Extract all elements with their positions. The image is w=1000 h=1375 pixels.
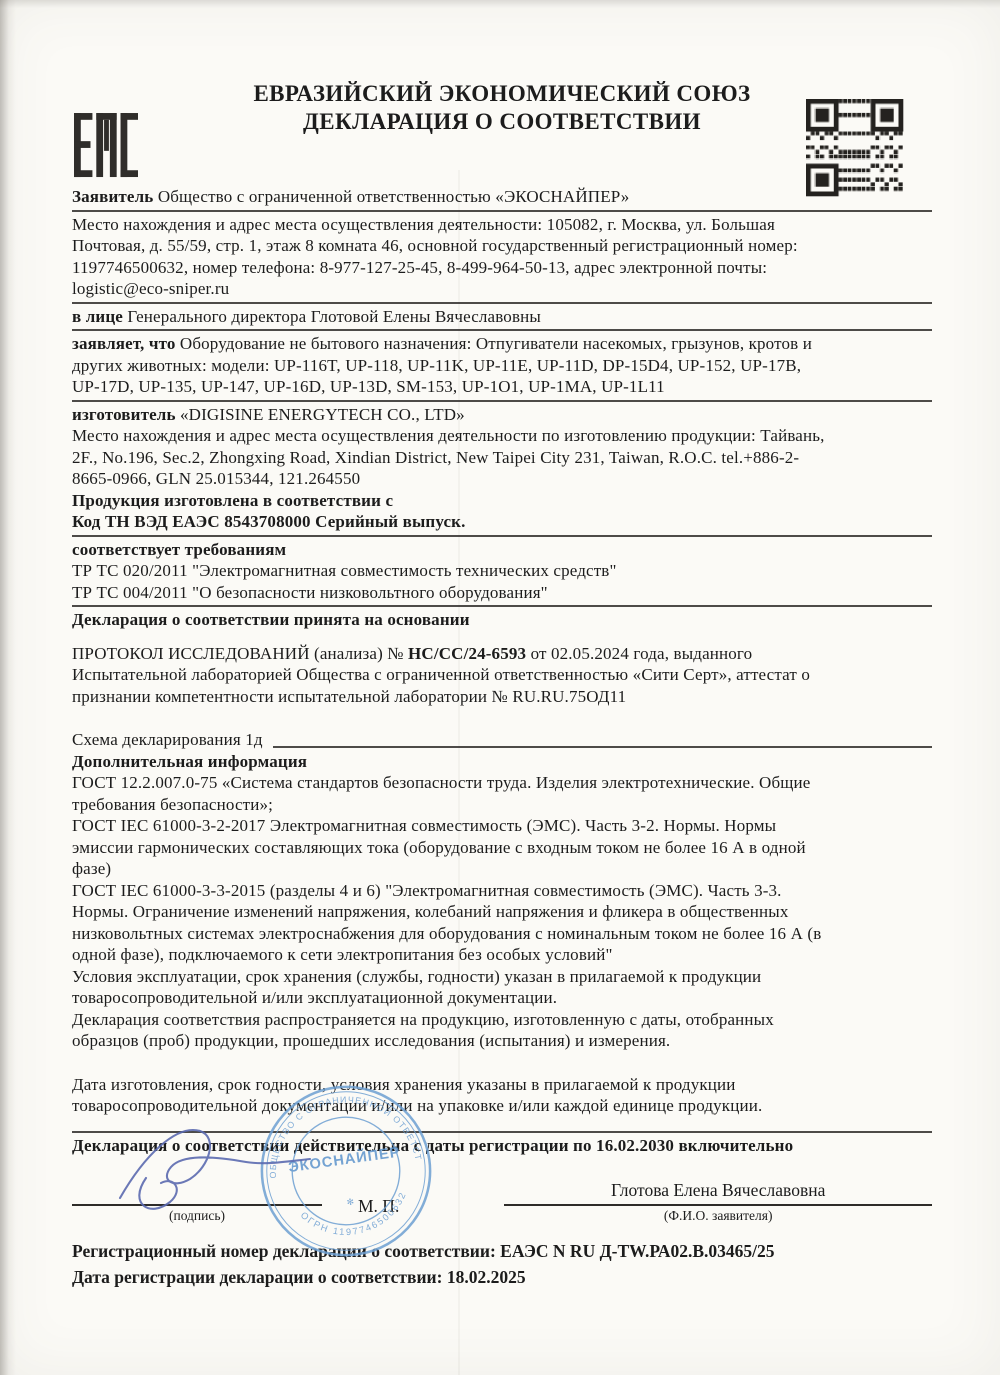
- additional-info-line: товаросопроводительной и/или эксплуатаци…: [72, 987, 932, 1009]
- declaration-scheme: Схема декларирования 1д: [72, 729, 263, 751]
- scan-edge-shadow: [0, 0, 16, 1375]
- made-in-accordance-heading: Продукция изготовлена в соответствии с: [72, 490, 932, 512]
- rule: [72, 302, 932, 304]
- rule: [72, 605, 932, 607]
- tnved-code-line: Код ТН ВЭД ЕАЭС 8543708000 Серийный выпу…: [72, 511, 932, 533]
- declares-line: других животных: модели: UP-116T, UP-118…: [72, 355, 932, 377]
- in-person-label: в лице: [72, 307, 123, 326]
- additional-info-line: ГОСТ 12.2.007.0-75 «Система стандартов б…: [72, 772, 932, 794]
- additional-info-line: Нормы. Ограничение изменений напряжения,…: [72, 901, 932, 923]
- registration-date-line: Дата регистрации декларации о соответств…: [72, 1264, 932, 1290]
- applicant-address-line: logistic@eco-sniper.ru: [72, 278, 932, 300]
- union-title: ЕВРАЗИЙСКИЙ ЭКОНОМИЧЕСКИЙ СОЮЗ: [72, 80, 932, 108]
- applicant-label: Заявитель: [72, 187, 153, 206]
- additional-info-heading: Дополнительная информация: [72, 751, 932, 773]
- document-title: ДЕКЛАРАЦИЯ О СООТВЕТСТВИИ: [72, 108, 932, 136]
- registration-number-line: Регистрационный номер декларации о соотв…: [72, 1238, 932, 1264]
- manufacture-note-line: товаросопроводительной документации и/ил…: [72, 1095, 932, 1117]
- applicant-name-area: Глотова Елена Вячеславовна (Ф.И.О. заяви…: [504, 1168, 932, 1224]
- protocol-suffix: от 02.05.2024 года, выданного: [526, 644, 752, 663]
- signature-caption: (подпись): [72, 1206, 322, 1224]
- manufacturer-address-line: 2F., No.196, Sec.2, Zhongxing Road, Xind…: [72, 447, 932, 469]
- rule: [72, 400, 932, 402]
- product-models-line: UP-17D, UP-135, UP-147, UP-16D, UP-13D, …: [72, 376, 932, 398]
- declares-text: Оборудование не бытового назначения: Отп…: [176, 334, 812, 353]
- applicant-address-line: Место нахождения и адрес места осуществл…: [72, 214, 932, 236]
- protocol-line: Испытательной лабораторией Общества с ог…: [72, 664, 932, 686]
- in-person-value: Генерального директора Глотовой Елены Вя…: [123, 307, 541, 326]
- additional-info-line: требования безопасности»;: [72, 794, 932, 816]
- in-person-line: в лице Генерального директора Глотовой Е…: [72, 306, 932, 328]
- regulation-line: ТР ТС 004/2011 "О безопасности низковоль…: [72, 582, 932, 604]
- signature-area: (подпись): [72, 1168, 322, 1224]
- stamp-place-caption: М. П.: [358, 1168, 399, 1217]
- rule: [72, 535, 932, 537]
- applicant-name: Глотова Елена Вячеславовна: [504, 1180, 932, 1206]
- additional-info-line: ГОСТ IEC 61000-3-3-2015 (разделы 4 и 6) …: [72, 880, 932, 902]
- applicant-name-caption: (Ф.И.О. заявителя): [504, 1206, 932, 1224]
- protocol-number: НС/СС/24-6593: [408, 644, 526, 663]
- rule: [72, 329, 932, 331]
- applicant-address-line: Почтовая, д. 55/59, стр. 1, этаж 8 комна…: [72, 235, 932, 257]
- compliance-heading: соответствует требованиям: [72, 539, 932, 561]
- validity-line: Декларация о соответствии действительна …: [72, 1135, 932, 1157]
- manufacturer-line: изготовитель «DIGISINE ENERGYTECH CO., L…: [72, 404, 932, 426]
- signature-block: (подпись) М. П. Глотова Елена Вячеславов…: [72, 1168, 932, 1224]
- additional-info-line: одной фазе), подключаемого к сети электр…: [72, 944, 932, 966]
- declaration-document: ЕВРАЗИЙСКИЙ ЭКОНОМИЧЕСКИЙ СОЮЗ ДЕКЛАРАЦИ…: [0, 0, 1000, 1375]
- document-header: ЕВРАЗИЙСКИЙ ЭКОНОМИЧЕСКИЙ СОЮЗ ДЕКЛАРАЦИ…: [72, 0, 932, 136]
- applicant-address-line: 1197746500632, номер телефона: 8-977-127…: [72, 257, 932, 279]
- manufacturer-value: «DIGISINE ENERGYTECH CO., LTD»: [176, 405, 465, 424]
- basis-heading: Декларация о соответствии принята на осн…: [72, 609, 932, 631]
- rule: [72, 1131, 932, 1133]
- additional-info-line: эмиссии гармонических составляющих тока …: [72, 837, 932, 859]
- manufacture-note-line: Дата изготовления, срок годности, услови…: [72, 1074, 932, 1096]
- additional-info-line: Условия эксплуатации, срок хранения (слу…: [72, 966, 932, 988]
- protocol-line: признании компетентности испытательной л…: [72, 686, 932, 708]
- regulation-line: ТР ТС 020/2011 "Электромагнитная совмест…: [72, 560, 932, 582]
- additional-info-line: образцов (проб) продукции, прошедших исс…: [72, 1030, 932, 1052]
- protocol-line: ПРОТОКОЛ ИССЛЕДОВАНИЙ (анализа) № НС/СС/…: [72, 643, 932, 665]
- manufacturer-address-line: 8665-0966, GLN 25.015344, 121.264550: [72, 468, 932, 490]
- protocol-prefix: ПРОТОКОЛ ИССЛЕДОВАНИЙ (анализа) №: [72, 644, 408, 663]
- manufacturer-label: изготовитель: [72, 405, 176, 424]
- additional-info-line: низковольтных системах электроснабжения …: [72, 923, 932, 945]
- rule: [72, 210, 932, 212]
- signature-line: [72, 1168, 322, 1206]
- applicant-value: Общество с ограниченной ответственностью…: [153, 187, 629, 206]
- applicant-line: Заявитель Общество с ограниченной ответс…: [72, 186, 932, 208]
- declaration-scheme-row: Схема декларирования 1д: [72, 729, 932, 751]
- manufacturer-address-line: Место нахождения и адрес места осуществл…: [72, 425, 932, 447]
- additional-info-line: Декларация соответствия распространяется…: [72, 1009, 932, 1031]
- rule: [273, 746, 932, 748]
- declares-label: заявляет, что: [72, 334, 176, 353]
- declares-line: заявляет, что Оборудование не бытового н…: [72, 333, 932, 355]
- additional-info-line: фазе): [72, 858, 932, 880]
- additional-info-line: ГОСТ IEC 61000-3-2-2017 Электромагнитная…: [72, 815, 932, 837]
- document-body: ЕВРАЗИЙСКИЙ ЭКОНОМИЧЕСКИЙ СОЮЗ ДЕКЛАРАЦИ…: [72, 0, 932, 1290]
